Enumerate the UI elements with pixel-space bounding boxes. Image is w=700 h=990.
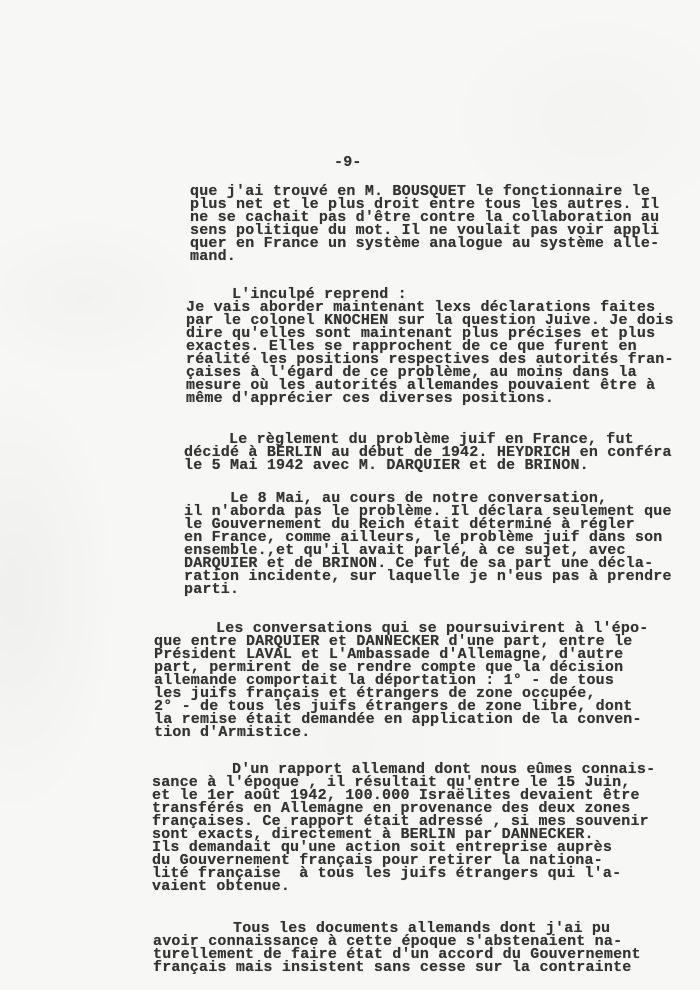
paragraph: Les conversations qui se poursuivirent à… bbox=[154, 622, 648, 739]
document-page: -9- que j'ai trouvé en M. BOUSQUET le fo… bbox=[0, 0, 700, 990]
text-line: quer en France un système analogue au sy… bbox=[190, 237, 659, 250]
paragraph: Tous les documents allemands dont j'ai p… bbox=[153, 922, 641, 974]
text-line: ration incidente, sur laquelle je n'eus … bbox=[184, 570, 672, 583]
paragraph: L'inculpé reprend :Je vais aborder maint… bbox=[186, 288, 674, 405]
text-line: français mais insistent sans cesse sur l… bbox=[153, 961, 641, 974]
paragraph: D'un rapport allemand dont nous eûmes co… bbox=[152, 763, 655, 893]
page-number: -9- bbox=[334, 154, 362, 171]
paragraph: Le 8 Mai, au cours de notre conversation… bbox=[184, 492, 672, 596]
paragraph: Le règlement du problème juif en France,… bbox=[184, 433, 672, 472]
paragraph: que j'ai trouvé en M. BOUSQUET le foncti… bbox=[190, 185, 659, 263]
